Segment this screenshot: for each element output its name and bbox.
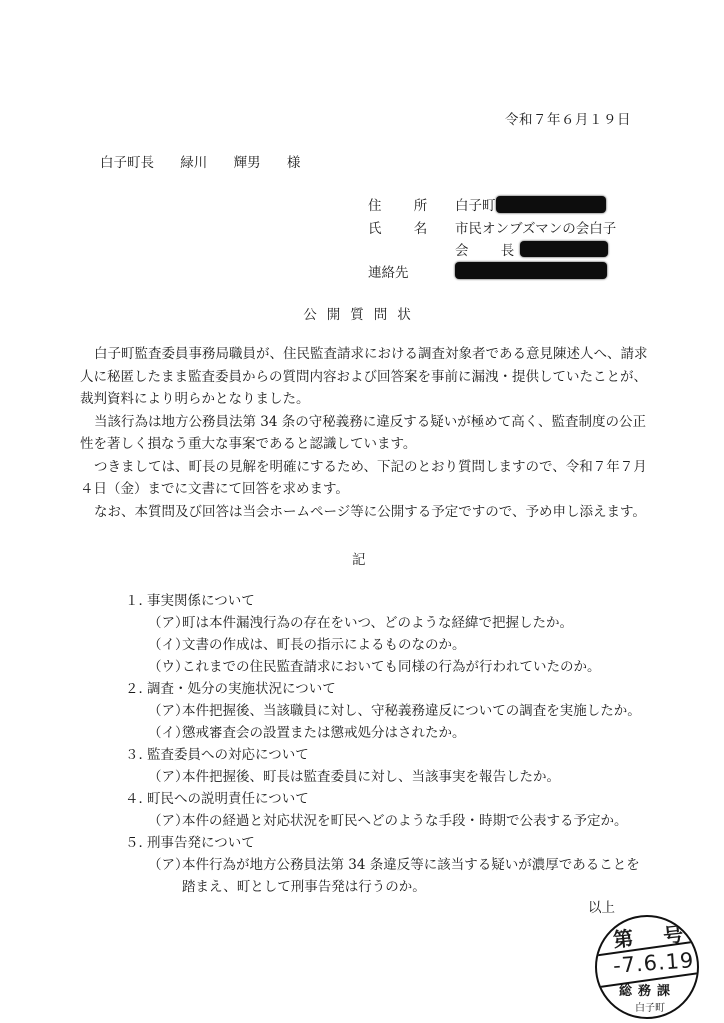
addressee-given-name: 輝男 (234, 155, 261, 171)
redacted-address (496, 196, 606, 213)
question-item: （イ）文書の作成は、町長の指示によるものなのか。 (148, 634, 645, 656)
name-label: 氏 名 (368, 217, 441, 237)
question-item: （ウ）これまでの住民監査請求においても同様の行為が行われていたのか。 (148, 656, 645, 678)
chair-label: 会 長 (455, 239, 528, 259)
section-number: ２． (125, 678, 147, 700)
closing-mark: 以上 (588, 896, 615, 916)
section-number: １． (125, 590, 147, 612)
section-number: ３． (125, 744, 147, 766)
item-text: 本件把握後、町長は監査委員に対し、当該事実を報告したか。 (182, 769, 560, 785)
reception-stamp: 第 号 -7.6.19 総務課 白子町 (595, 915, 699, 1019)
addressee-honorific: 様 (287, 155, 301, 171)
body-paragraph: 当該行為は地方公務員法第 34 条の守秘義務に違反する疑いが極めて高く、監査制度… (80, 411, 650, 456)
address-value: 白子町 (455, 194, 496, 214)
stamp-dai: 第 (612, 922, 635, 953)
name-value: 市民オンブズマンの会白子 (455, 217, 616, 237)
item-mark: （ア） (148, 810, 182, 832)
body-text: 白子町監査委員事務局職員が、住民監査請求における調査対象者である意見陳述人へ、請… (80, 343, 650, 523)
section-heading: 町民への説明責任について (147, 791, 309, 807)
item-mark: （ア） (148, 766, 182, 788)
section-heading: 調査・処分の実施状況について (147, 681, 336, 697)
question-item: （ア）町は本件漏洩行為の存在をいつ、どのような経緯で把握したか。 (148, 612, 645, 634)
item-mark: （ウ） (148, 656, 182, 678)
document-title: 公開質問状 (0, 303, 724, 323)
addressee: 白子町長 緑川 輝男 様 (100, 151, 312, 171)
section-heading: 監査委員への対応について (147, 747, 309, 763)
ki-heading: 記 (352, 548, 366, 568)
section-number: ４． (125, 788, 147, 810)
stamp-department: 総務課 (619, 980, 676, 999)
question-item: （イ）懲戒審査会の設置または懲戒処分はされたか。 (148, 722, 645, 744)
item-mark: （ア） (148, 854, 182, 876)
body-paragraph: つきましては、町長の見解を明確にするため、下記のとおり質問しますので、令和７年７… (80, 456, 650, 501)
addressee-title: 白子町長 (100, 155, 154, 171)
question-item: （ア）本件の経過と対応状況を町民へどのような手段・時期で公表する予定か。 (148, 810, 645, 832)
item-text: 町は本件漏洩行為の存在をいつ、どのような経緯で把握したか。 (182, 615, 573, 631)
stamp-go: 号 (662, 918, 685, 949)
stamp-town: 白子町 (635, 999, 665, 1014)
section-1: １．事実関係について (125, 590, 645, 612)
item-mark: （イ） (148, 722, 182, 744)
section-heading: 刑事告発について (147, 835, 255, 851)
redacted-contact (455, 262, 607, 279)
address-label: 住 所 (368, 194, 441, 214)
document-date: 令和７年６月１９日 (505, 108, 631, 128)
section-4: ４．町民への説明責任について (125, 788, 645, 810)
item-text: 本件把握後、当該職員に対し、守秘義務違反についての調査を実施したか。 (182, 703, 641, 719)
item-text-continuation: 踏まえ、町として刑事告発は行うのか。 (148, 876, 645, 898)
addressee-surname: 緑川 (180, 155, 207, 171)
item-mark: （ア） (148, 612, 182, 634)
item-text: これまでの住民監査請求においても同様の行為が行われていたのか。 (182, 659, 601, 675)
question-item: （ア）本件把握後、当該職員に対し、守秘義務違反についての調査を実施したか。 (148, 700, 645, 722)
item-mark: （ア） (148, 700, 182, 722)
section-heading: 事実関係について (147, 593, 255, 609)
question-item: （ア）本件行為が地方公務員法第 34 条違反等に該当する疑いが濃厚であることを踏… (148, 854, 645, 898)
section-5: ５．刑事告発について (125, 832, 645, 854)
question-list: １．事実関係について （ア）町は本件漏洩行為の存在をいつ、どのような経緯で把握し… (125, 590, 645, 898)
item-mark: （イ） (148, 634, 182, 656)
item-text: 懲戒審査会の設置または懲戒処分はされたか。 (182, 725, 466, 741)
body-paragraph: 白子町監査委員事務局職員が、住民監査請求における調査対象者である意見陳述人へ、請… (80, 343, 650, 411)
section-number: ５． (125, 832, 147, 854)
contact-label: 連絡先 (368, 261, 409, 281)
item-text: 本件行為が地方公務員法第 34 条違反等に該当する疑いが濃厚であることを (182, 857, 640, 873)
section-3: ３．監査委員への対応について (125, 744, 645, 766)
question-item: （ア）本件把握後、町長は監査委員に対し、当該事実を報告したか。 (148, 766, 645, 788)
body-paragraph: なお、本質問及び回答は当会ホームページ等に公開する予定ですので、予め申し添えます… (80, 501, 650, 524)
item-text: 本件の経過と対応状況を町民へどのような手段・時期で公表する予定か。 (182, 813, 628, 829)
section-2: ２．調査・処分の実施状況について (125, 678, 645, 700)
redacted-chair-name (520, 241, 608, 257)
item-text: 文書の作成は、町長の指示によるものなのか。 (182, 637, 466, 653)
